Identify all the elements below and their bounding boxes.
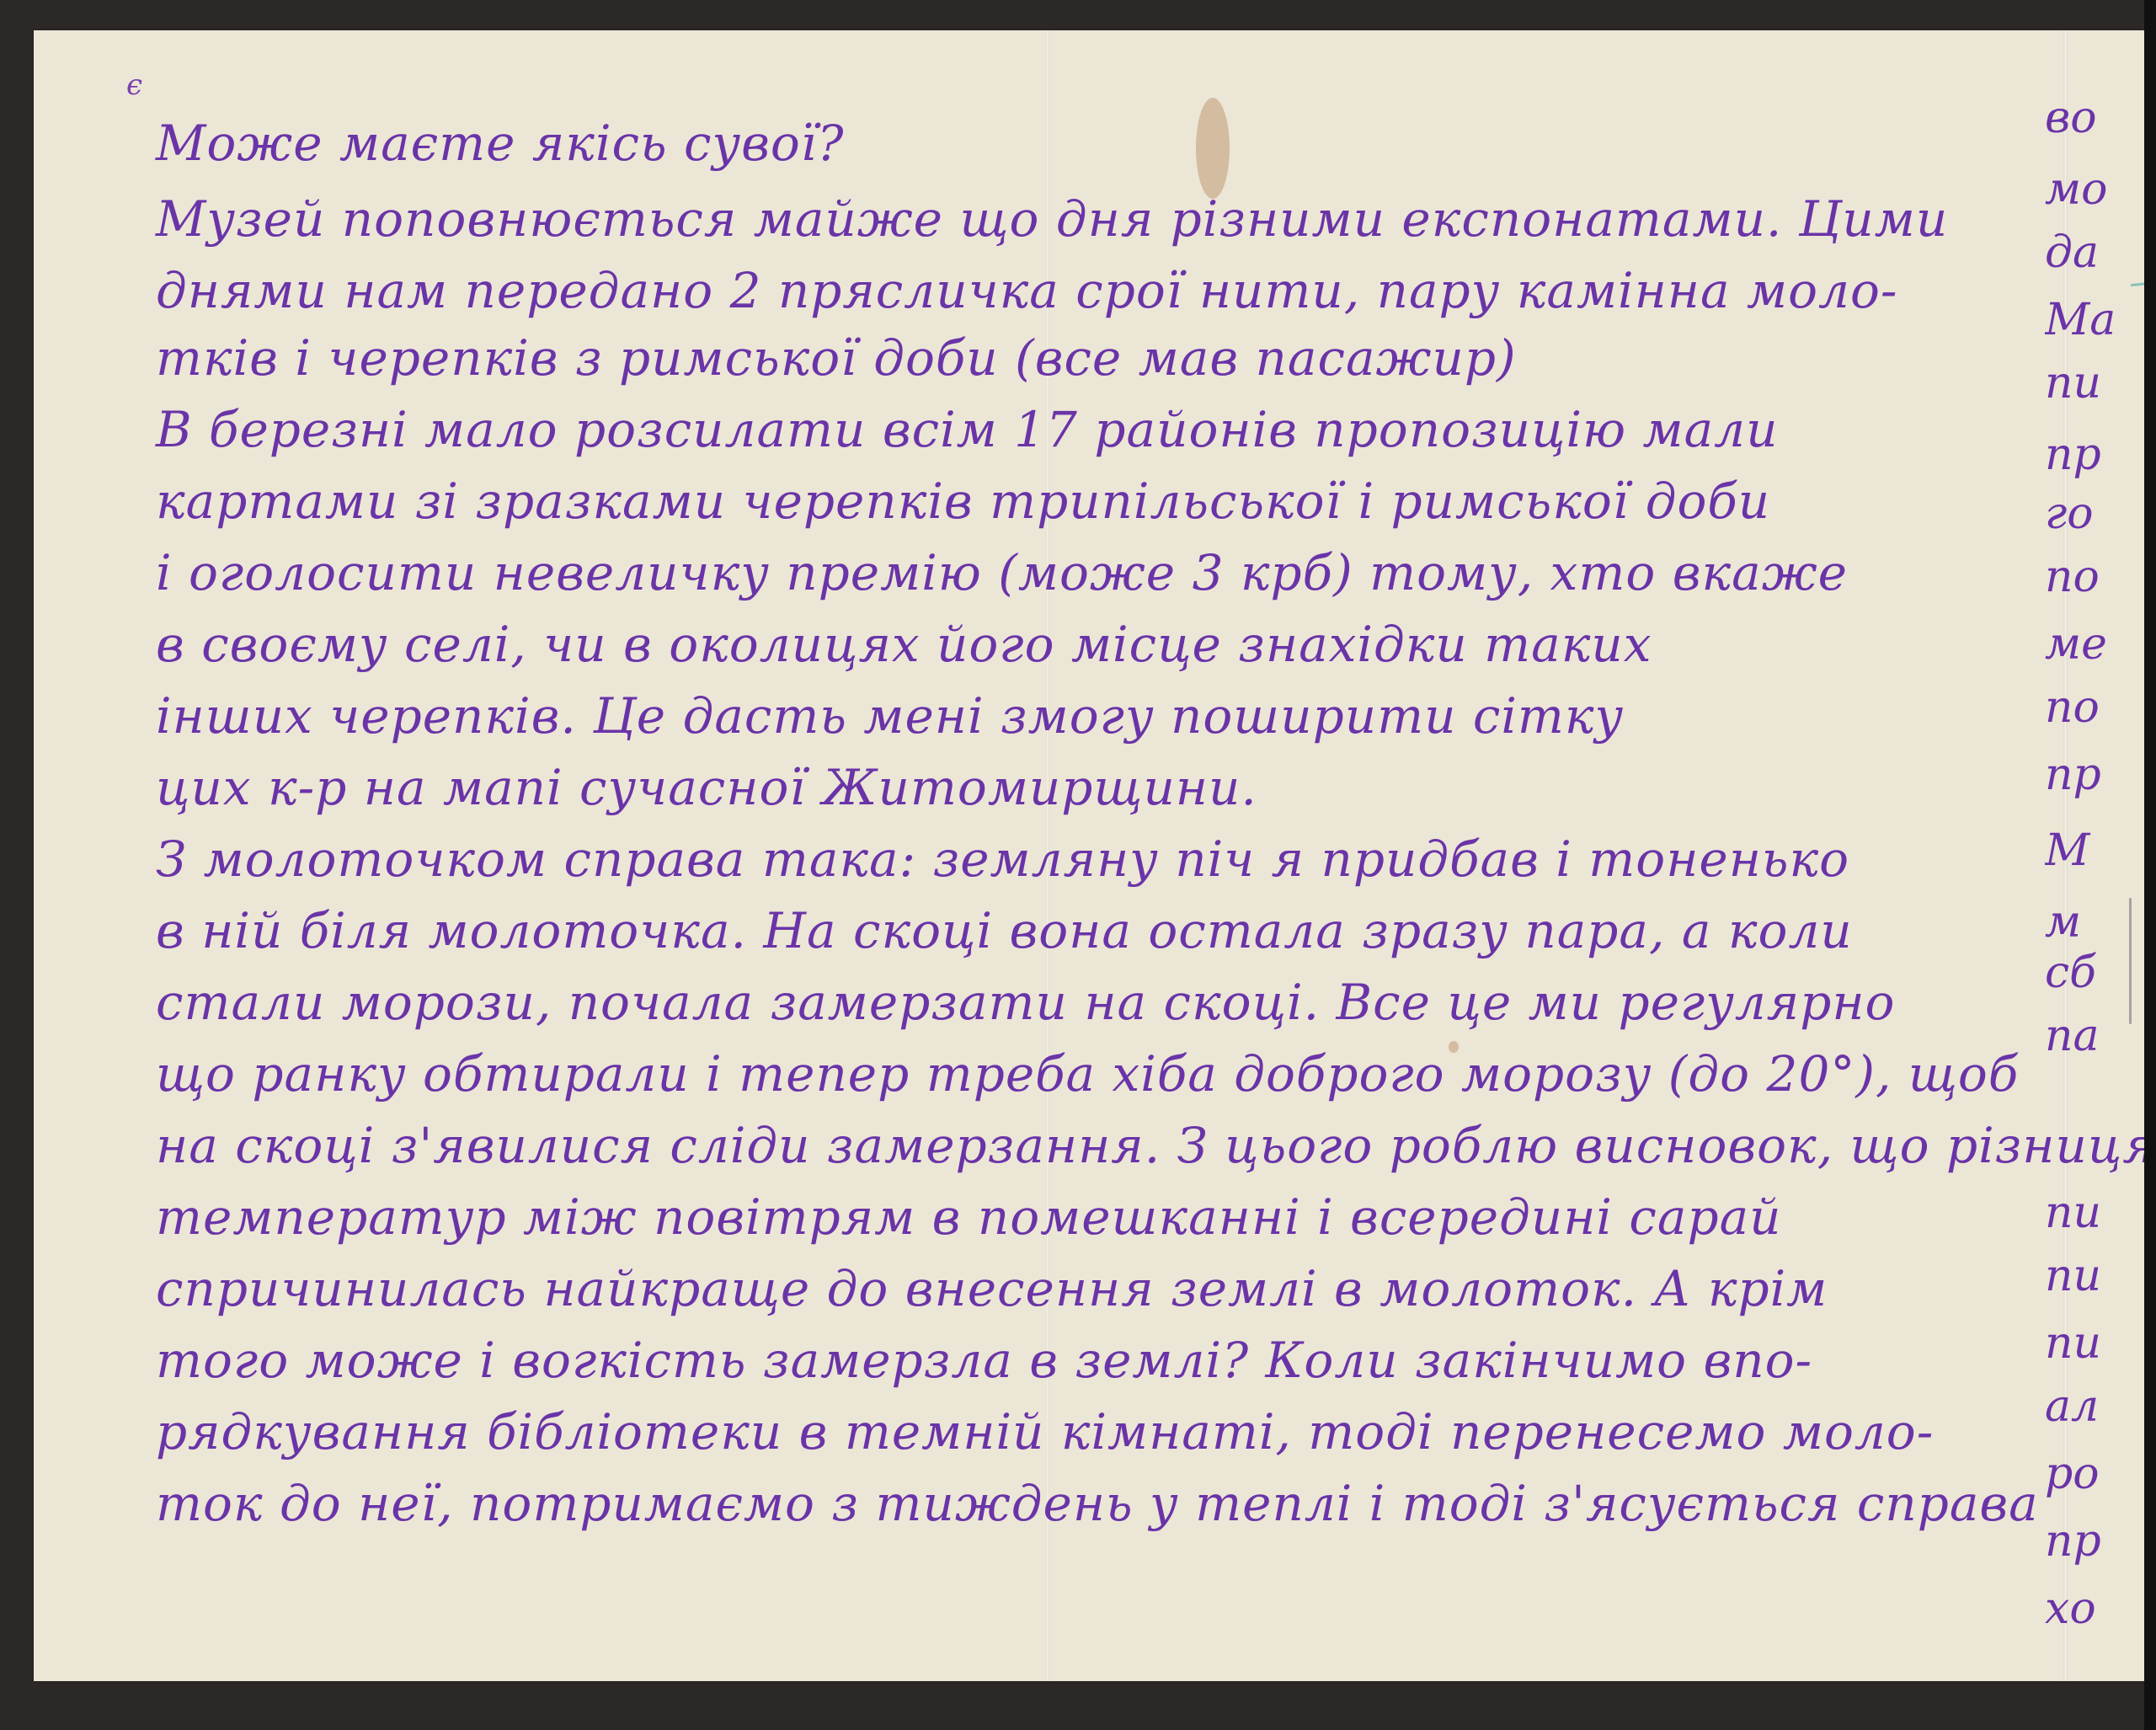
margin-fragment: во	[2045, 93, 2146, 143]
margin-fragment: да	[2045, 227, 2146, 278]
text-line: цих к-р на мапі сучасної Житомирщини.	[156, 759, 1257, 816]
letter-page: є Може маєте якісь сувої? Музей поповнює…	[34, 30, 2156, 1681]
margin-fragment: ал	[2045, 1381, 2146, 1432]
margin-fragment: сб	[2045, 948, 2146, 998]
text-line: в своєму селі, чи в околицях його місце …	[156, 616, 1652, 673]
margin-fragment: па	[2045, 1011, 2146, 1061]
margin-fragment: ме	[2045, 619, 2146, 670]
margin-fragment: пр	[2045, 750, 2146, 800]
margin-fragment: м	[2045, 897, 2146, 948]
text-line: стали морози, почала замерзати на скоці.…	[156, 974, 1895, 1031]
text-line: що ранку обтирали і тепер треба хіба доб…	[156, 1045, 2019, 1103]
text-line: температур між повітрям в помешканні і в…	[156, 1188, 1782, 1246]
margin-fragment: хо	[2045, 1583, 2146, 1634]
margin-fragment: Ма	[2045, 295, 2146, 345]
text-line: і оголосити невеличку премію (може 3 крб…	[156, 544, 1848, 601]
margin-fragment: по	[2045, 552, 2146, 602]
text-line: інших черепків. Це дасть мені змогу поши…	[156, 687, 1624, 745]
text-line: В березні мало розсилати всім 17 районів…	[156, 401, 1778, 458]
margin-fragment: М	[2045, 825, 2146, 876]
page-mark: є	[126, 68, 142, 102]
margin-fragment: пр	[2045, 1516, 2146, 1567]
text-line: Музей поповнюється майже що дня різними …	[156, 190, 1948, 248]
text-line: спричинилась найкраще до внесення землі …	[156, 1260, 1828, 1317]
margin-fragment: пи	[2045, 358, 2146, 408]
text-line: ток до неї, потримаємо з тиждень у теплі…	[156, 1475, 2039, 1532]
text-line: на скоці з'явилися сліди замерзання. З ц…	[156, 1117, 2156, 1174]
text-line: З молоточком справа така: земляну піч я …	[156, 830, 1849, 888]
text-line: Може маєте якісь сувої?	[156, 115, 844, 172]
margin-fragment: пи	[2045, 1188, 2146, 1238]
margin-fragment: по	[2045, 682, 2146, 733]
text-line: в ній біля молоточка. На скоці вона оста…	[156, 902, 1853, 959]
paper-stain	[1196, 98, 1230, 199]
margin-fragment: пи	[2045, 1251, 2146, 1301]
margin-fragment: пи	[2045, 1318, 2146, 1369]
text-line: тків і черепків з римської доби (все мав…	[156, 329, 1517, 387]
margin-fragment: ро	[2045, 1449, 2146, 1499]
text-line: того може і вогкість замерзла в землі? К…	[156, 1332, 1812, 1389]
margin-fragment: пр	[2045, 430, 2146, 480]
text-line: картами зі зразками черепків трипільсько…	[156, 473, 1770, 530]
text-line: рядкування бібліотеки в темній кімнаті, …	[156, 1403, 1934, 1460]
text-line: днями нам передано 2 прясличка срої нити…	[156, 262, 1897, 319]
scan-edge	[2144, 0, 2156, 1730]
margin-fragment: го	[2045, 489, 2146, 539]
margin-fragment: мо	[2045, 164, 2146, 215]
